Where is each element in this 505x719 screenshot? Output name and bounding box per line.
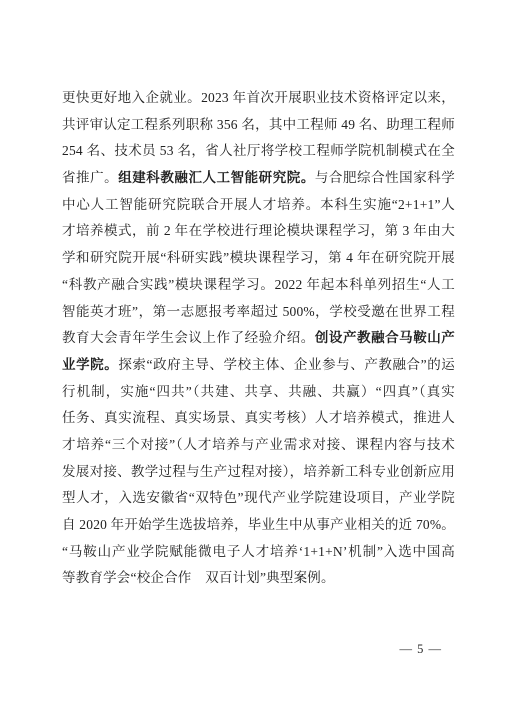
bold-text-segment: 业学院。 bbox=[62, 357, 118, 372]
text-line: “科教产融合实践”模块课程学习。2022 年起本科单列招生“人工 bbox=[62, 272, 455, 299]
text-segment: 教育大会青年学生会议上作了经验介绍。 bbox=[62, 330, 315, 345]
text-line: 发展对接、教学过程与生产过程对接），培养新工科专业创新应用 bbox=[62, 459, 455, 486]
text-segment: 才培养“三个对接”（人才培养与产业需求对接、课程内容与技术 bbox=[62, 437, 455, 452]
document-body: 更快更好地入企就业。2023 年首次开展职业技术资格评定以来，共评审认定工程系列… bbox=[62, 85, 455, 592]
text-segment: 与合肥综合性国家科学 bbox=[315, 170, 455, 185]
text-segment: 更快更好地入企就业。2023 年首次开展职业技术资格评定以来， bbox=[62, 90, 455, 105]
text-segment: 任务、真实流程、真实场景、真实考核）人才培养模式，推进人 bbox=[62, 410, 455, 425]
text-line: 自 2020 年开始学生选拔培养，毕业生中从事产业相关的近 70%。 bbox=[62, 512, 455, 539]
text-segment: “马鞍山产业学院赋能微电子人才培养‘1+1+N’机制”入选中国高 bbox=[62, 544, 455, 559]
text-line: 等教育学会“校企合作 双百计划”典型案例。 bbox=[62, 565, 455, 592]
text-segment: 型人才，入选安徽省“双特色”现代产业学院建设项目，产业学院 bbox=[62, 490, 455, 505]
document-page: 更快更好地入企就业。2023 年首次开展职业技术资格评定以来，共评审认定工程系列… bbox=[0, 0, 505, 719]
text-line: 更快更好地入企就业。2023 年首次开展职业技术资格评定以来， bbox=[62, 85, 455, 112]
bold-text-segment: 创设产教融合马鞍山产 bbox=[315, 330, 455, 345]
text-line: 学和研究院开展“科研实践”模块课程学习，第 4 年在研究院开展 bbox=[62, 245, 455, 272]
text-segment: 共评审认定工程系列职称 356 名，其中工程师 49 名、助理工程师 bbox=[62, 117, 455, 132]
text-segment: 行机制，实施“四共”（共建、共享、共融、共赢）“四真”（真实 bbox=[62, 384, 455, 399]
text-line: 任务、真实流程、真实场景、真实考核）人才培养模式，推进人 bbox=[62, 405, 455, 432]
text-line: 才培养“三个对接”（人才培养与产业需求对接、课程内容与技术 bbox=[62, 432, 455, 459]
text-line: 业学院。探索“政府主导、学校主体、企业参与、产教融合”的运 bbox=[62, 352, 455, 379]
bold-text-segment: 组建科教融汇人工智能研究院。 bbox=[118, 170, 315, 185]
text-segment: “科教产融合实践”模块课程学习。2022 年起本科单列招生“人工 bbox=[62, 277, 455, 292]
text-line: “马鞍山产业学院赋能微电子人才培养‘1+1+N’机制”入选中国高 bbox=[62, 539, 455, 566]
text-segment: 才培养模式，前 2 年在学校进行理论模块课程学习，第 3 年由大 bbox=[62, 223, 455, 238]
text-line: 才培养模式，前 2 年在学校进行理论模块课程学习，第 3 年由大 bbox=[62, 218, 455, 245]
text-line: 共评审认定工程系列职称 356 名，其中工程师 49 名、助理工程师 bbox=[62, 112, 455, 139]
page-number: — 5 — bbox=[400, 642, 443, 656]
text-line: 省推广。组建科教融汇人工智能研究院。与合肥综合性国家科学 bbox=[62, 165, 455, 192]
text-line: 254 名、技术员 53 名，省人社厅将学校工程师学院机制模式在全 bbox=[62, 138, 455, 165]
text-line: 教育大会青年学生会议上作了经验介绍。创设产教融合马鞍山产 bbox=[62, 325, 455, 352]
text-segment: 254 名、技术员 53 名，省人社厅将学校工程师学院机制模式在全 bbox=[62, 143, 455, 158]
text-segment: 自 2020 年开始学生选拔培养，毕业生中从事产业相关的近 70%。 bbox=[62, 517, 455, 532]
text-line: 行机制，实施“四共”（共建、共享、共融、共赢）“四真”（真实 bbox=[62, 379, 455, 406]
text-line: 智能英才班”，第一志愿报考率超过 500%，学校受邀在世界工程 bbox=[62, 299, 455, 326]
text-line: 中心人工智能研究院联合开展人才培养。本科生实施“2+1+1”人 bbox=[62, 192, 455, 219]
text-segment: 探索“政府主导、学校主体、企业参与、产教融合”的运 bbox=[118, 357, 455, 372]
text-segment: 等教育学会“校企合作 双百计划”典型案例。 bbox=[62, 570, 335, 585]
text-segment: 智能英才班”，第一志愿报考率超过 500%，学校受邀在世界工程 bbox=[62, 304, 455, 319]
text-segment: 学和研究院开展“科研实践”模块课程学习，第 4 年在研究院开展 bbox=[62, 250, 455, 265]
text-segment: 省推广。 bbox=[62, 170, 118, 185]
text-line: 型人才，入选安徽省“双特色”现代产业学院建设项目，产业学院 bbox=[62, 485, 455, 512]
text-segment: 发展对接、教学过程与生产过程对接），培养新工科专业创新应用 bbox=[62, 464, 455, 479]
text-segment: 中心人工智能研究院联合开展人才培养。本科生实施“2+1+1”人 bbox=[62, 197, 455, 212]
